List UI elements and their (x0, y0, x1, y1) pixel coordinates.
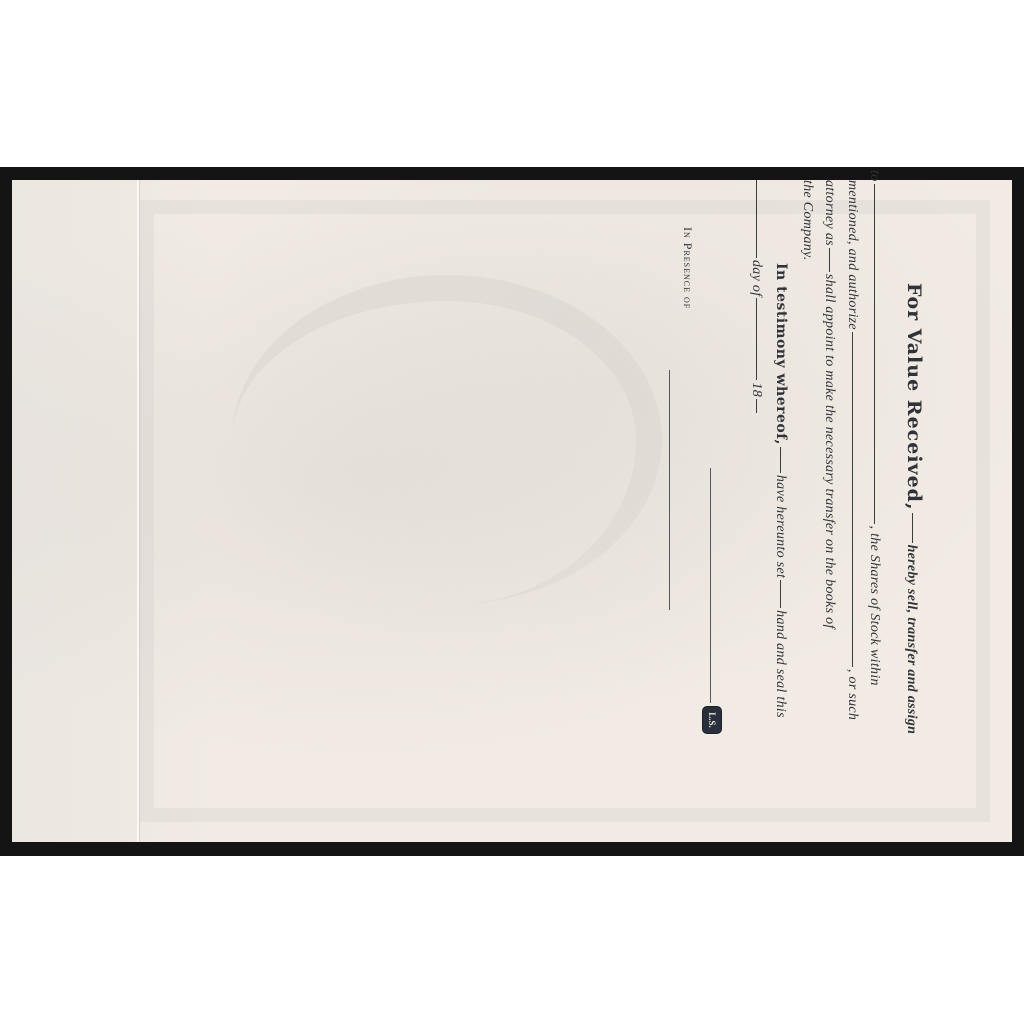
blank-month[interactable] (756, 298, 757, 380)
signatory-signature-line[interactable] (710, 468, 711, 703)
mentioned-authorize-text: mentioned, and authorize (845, 180, 860, 330)
blank-day[interactable] (756, 180, 757, 258)
hereby-sell-text: hereby sell, transfer and assign (904, 545, 919, 735)
day-of-text: day of (749, 260, 764, 296)
have-hereunto-set-text: have hereunto set (773, 475, 788, 578)
blank-testator[interactable] (780, 447, 781, 473)
certificate-paper: For Value Received,hereby sell, transfer… (12, 180, 1012, 842)
row-date: day of18 (748, 178, 764, 415)
shares-within-text: , the Shares of Stock within (867, 526, 882, 686)
in-testimony-text: In testimony whereof, (773, 263, 789, 445)
row-to-assignee: to, the Shares of Stock within (866, 170, 882, 686)
fold-crease (137, 180, 139, 842)
heading-text: For Value Received, (903, 283, 925, 511)
blank-pronoun[interactable] (780, 580, 781, 608)
blank-attorney-as[interactable] (829, 248, 830, 272)
row-company: the Company. (799, 180, 815, 261)
blank-assignee[interactable] (874, 184, 875, 524)
year-prefix-text: 18 (749, 382, 764, 397)
shall-appoint-text: shall appoint to make the necessary tran… (822, 274, 837, 629)
ls-seal-icon: L.S. (702, 706, 722, 734)
heading-for-value-received: For Value Received,hereby sell, transfer… (903, 283, 925, 734)
blank-assignor[interactable] (913, 513, 914, 543)
in-presence-of-label: In Presence of (680, 227, 695, 309)
to-label: to (867, 170, 882, 182)
or-such-text: , or such (845, 669, 860, 720)
row-attorney: attorney asshall appoint to make the nec… (821, 180, 837, 629)
show-through-vignette (232, 275, 662, 605)
seal-label: L.S. (707, 712, 717, 728)
hand-seal-this-text: hand and seal this (773, 610, 788, 718)
row-authorize: mentioned, and authorize, or such (844, 180, 860, 720)
witness-signature-line[interactable] (669, 370, 670, 610)
blank-year[interactable] (756, 399, 757, 413)
row-testimony: In testimony whereof,have hereunto setha… (772, 263, 790, 718)
attorney-as-text: attorney as (822, 180, 837, 246)
blank-attorney[interactable] (852, 332, 853, 667)
the-company-text: the Company. (800, 180, 815, 261)
